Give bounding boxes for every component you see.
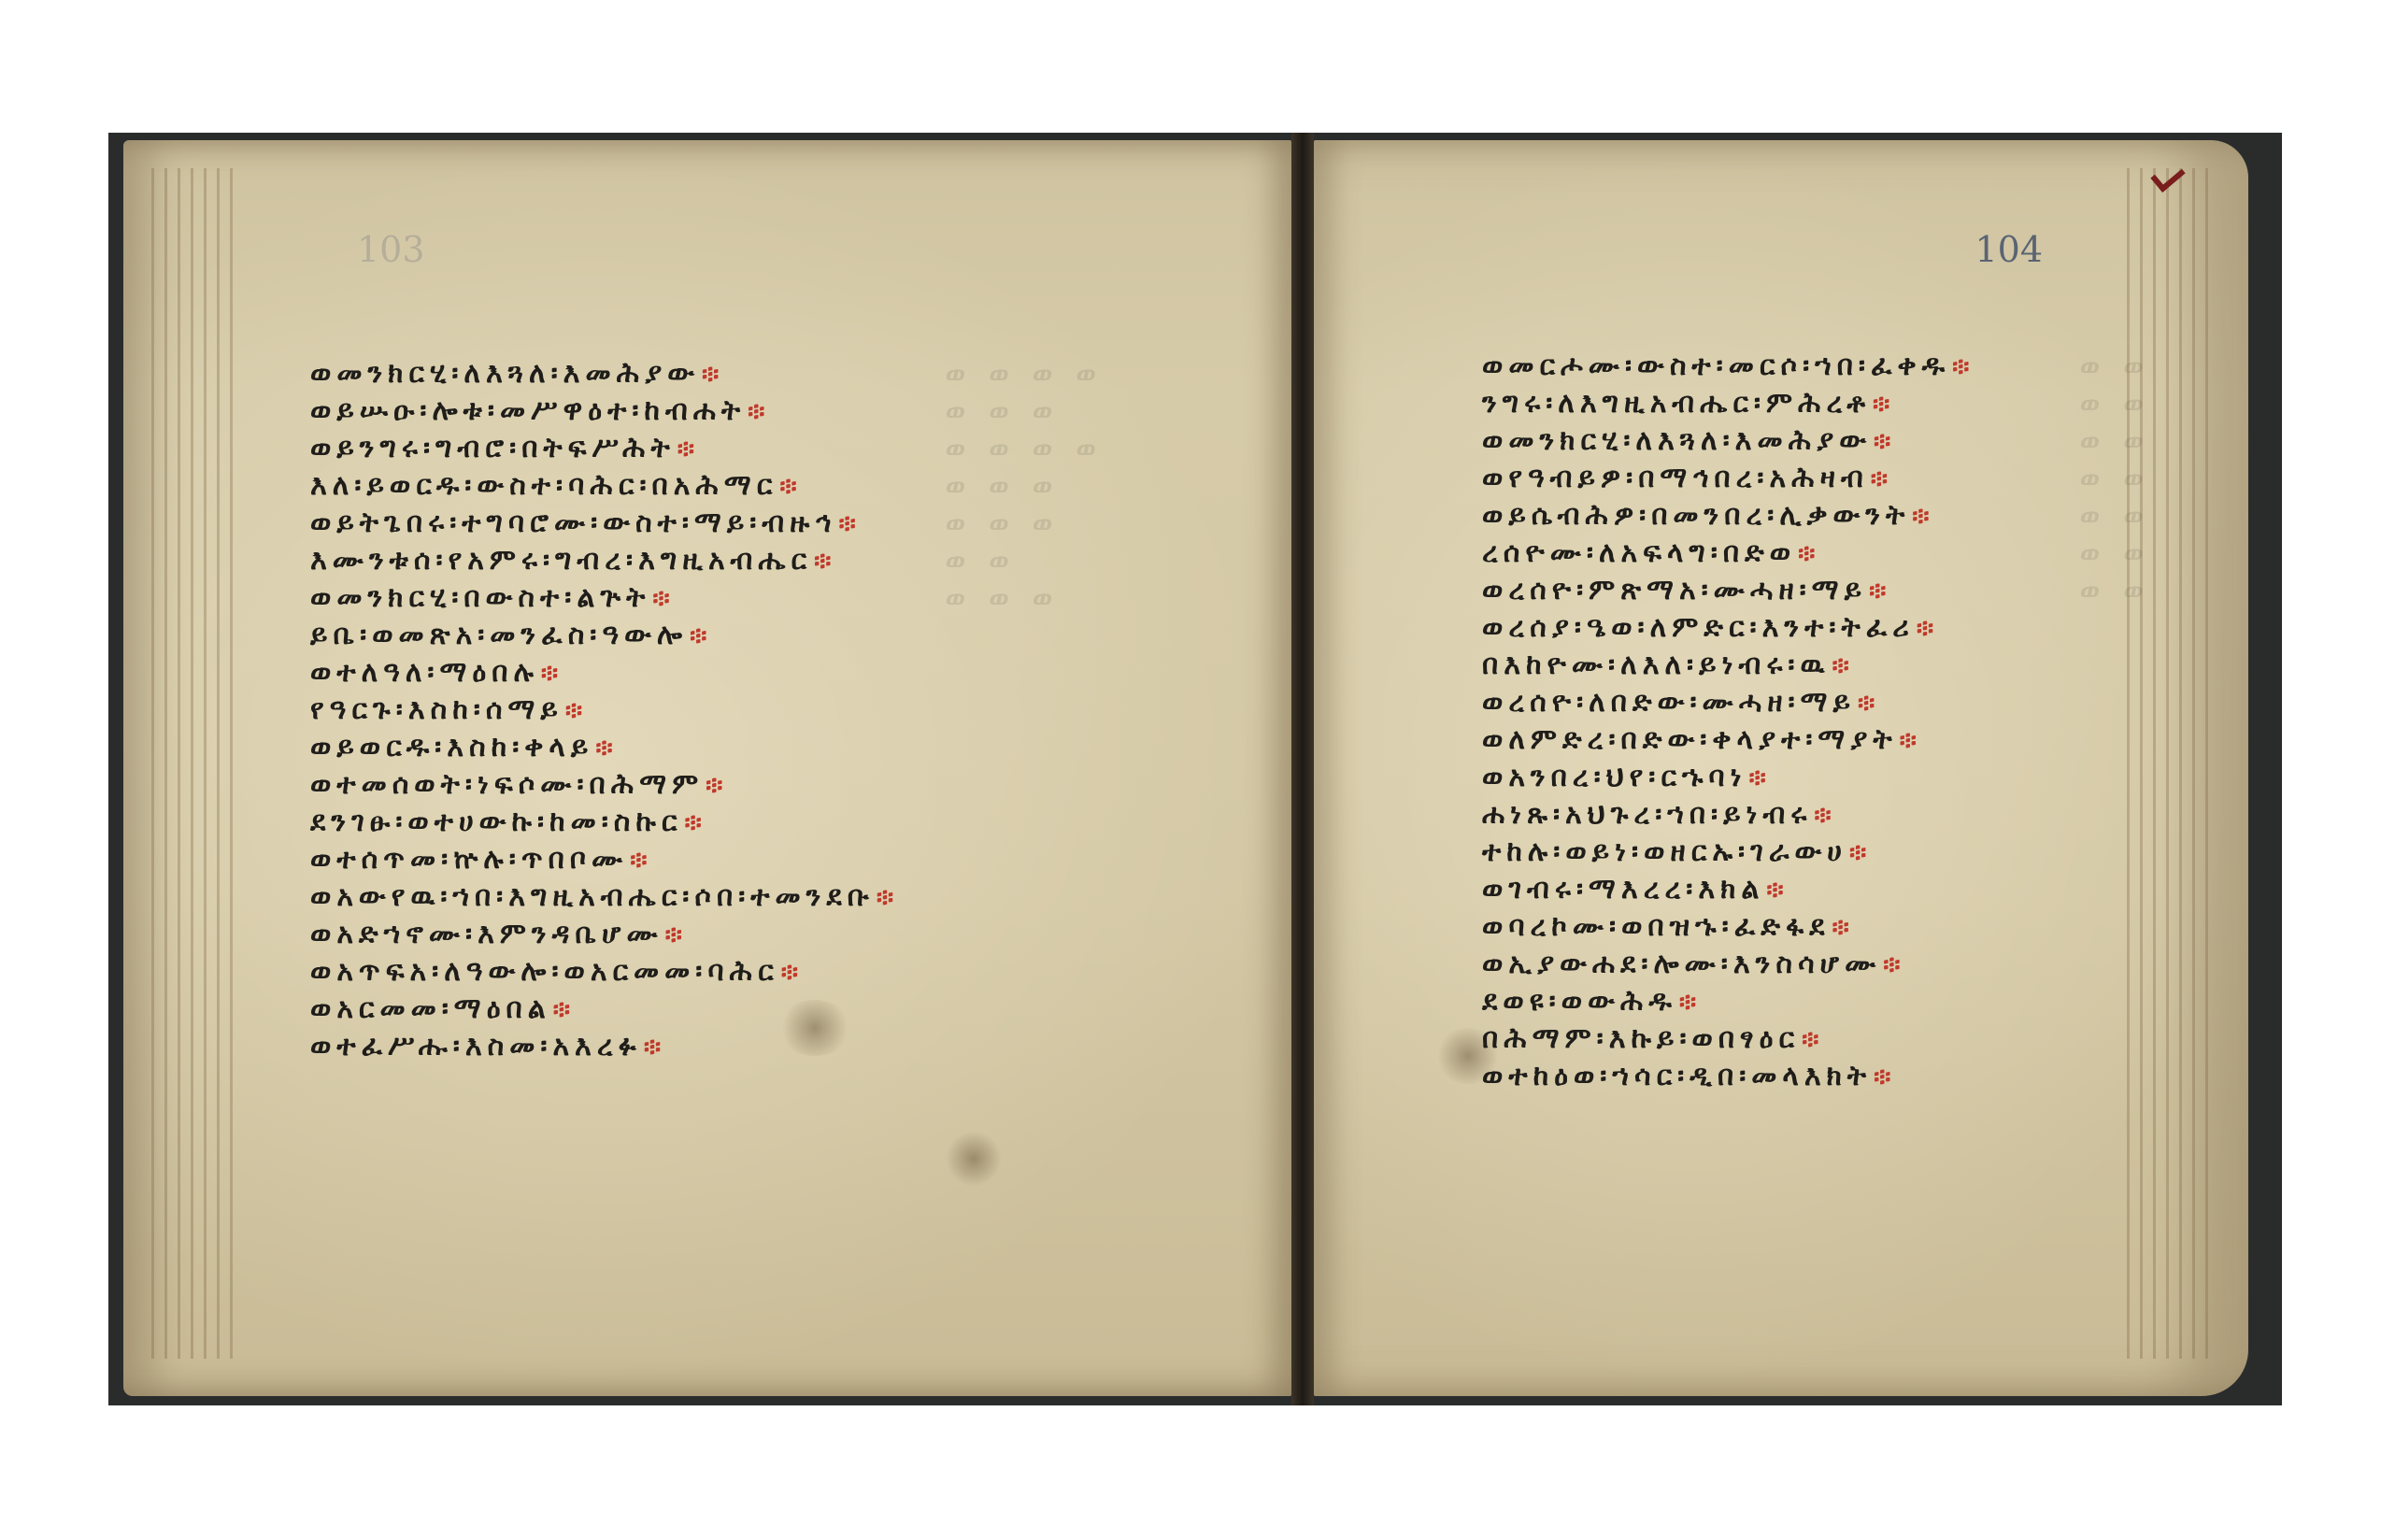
text-line: ንግሩ፡ለእግዚአብሔር፡ምሕረቶ፨: [1482, 385, 1969, 422]
verse-marker-icon: ፨: [779, 473, 796, 501]
text-line: ይቤ፡ወመጽአ፡መንፈስ፡ዓውሎ፨: [310, 617, 893, 654]
verse-marker-icon: ፨: [1869, 577, 1886, 606]
text-line: ወይሴብሕዎ፡በመንበረ፡ሊቃውንት፨: [1482, 497, 1969, 535]
text-line: ወረሰያ፡ዔወ፡ለምድር፡እንተ፡ትፈሪ፨: [1482, 609, 1969, 647]
text-line: ወተመሰወት፡ነፍሶሙ፡በሕማም፨: [310, 766, 893, 804]
verse-marker-icon: ፨: [1749, 764, 1766, 792]
verse-marker-icon: ፨: [1871, 465, 1888, 493]
verse-marker-icon: ፨: [665, 921, 682, 949]
text-line: ወአንበረ፡ህየ፡ርኁባነ፨: [1482, 759, 1969, 796]
text-line: ደንገፁ፡ወተሀውኩ፡ከመ፡ስኩር፨: [310, 804, 893, 841]
text-line: ወየዓብይዎ፡በማኅበረ፡አሕዛብ፨: [1482, 460, 1969, 497]
verse-marker-icon: ፨: [1814, 802, 1831, 830]
stain: [946, 1131, 1002, 1187]
verse-marker-icon: ፨: [1858, 690, 1875, 718]
text-line: ወአውየዉ፡ኀበ፡እግዚአብሔር፡ሶበ፡ተመንደቡ፨: [310, 878, 893, 916]
verse-marker-icon: ፨: [814, 548, 831, 576]
right-folio-number: 104: [1975, 229, 2043, 270]
text-line: እሙንቱሰ፡የአምሩ፡ግብረ፡እግዚአብሔር፨: [310, 542, 893, 579]
verse-marker-icon: ፨: [1952, 353, 1969, 381]
verse-marker-icon: ፨: [1849, 839, 1866, 867]
text-line: ወመርሖሙ፡ውስተ፡መርሶ፡ኀበ፡ፈቀዱ፨: [1482, 348, 1969, 385]
left-page: 103 ወ ወ ወ ወወ ወ ወወ ወ ወ ወወ ወ ወወ ወ ወወ ወወ ወ …: [123, 140, 1291, 1396]
verse-marker-icon: ፨: [1679, 989, 1696, 1017]
manuscript-scan: 103 ወ ወ ወ ወወ ወ ወወ ወ ወ ወወ ወ ወወ ወ ወወ ወወ ወ …: [108, 133, 2282, 1405]
text-line: ተከሉ፡ወይነ፡ወዘርኡ፡ገራውሀ፨: [1482, 834, 1969, 871]
right-page-text: ወመርሖሙ፡ውስተ፡መርሶ፡ኀበ፡ፈቀዱ፨ ንግሩ፡ለእግዚአብሔር፡ምሕረቶ፨…: [1482, 348, 1969, 1095]
text-line: የዓርጉ፡እስከ፡ሰማይ፨: [310, 692, 893, 729]
text-line: ወአርመመ፡ማዕበል፨: [310, 991, 893, 1028]
verse-marker-icon: ፨: [1832, 652, 1849, 680]
text-line: ወተለዓለ፡ማዕበሉ፨: [310, 654, 893, 692]
verse-marker-icon: ፨: [652, 585, 669, 613]
text-line: ወይሡዑ፡ሎቱ፡መሥዋዕተ፡ከብሐት፨: [310, 392, 893, 430]
verse-marker-icon: ፨: [877, 884, 893, 912]
text-line: ወይንግሩ፡ግብሮ፡በትፍሥሕት፨: [310, 430, 893, 467]
verse-marker-icon: ፨: [1912, 503, 1929, 531]
verse-marker-icon: ፨: [1766, 877, 1783, 905]
left-page-fore-edge: [151, 168, 235, 1359]
verse-marker-icon: ፨: [677, 435, 694, 463]
verse-marker-icon: ፨: [1802, 1026, 1818, 1054]
text-line: ወረሰዮ፡ምጽማአ፡ሙሓዘ፡ማይ፨: [1482, 572, 1969, 609]
text-line: ወባረኮሙ፡ወበዝኁ፡ፈድፋደ፨: [1482, 908, 1969, 946]
text-line: ወመንክርሂ፡ለእጓለ፡እመሕያው፨: [1482, 422, 1969, 460]
text-line: ወኢያውሐደ፡ሎሙ፡እንስሳሆሙ፨: [1482, 946, 1969, 983]
verse-marker-icon: ፨: [595, 734, 612, 763]
left-folio-number: 103: [357, 229, 425, 270]
verse-marker-icon: ፨: [1832, 914, 1848, 942]
text-line: ወይወርዱ፡እስከ፡ቀላይ፨: [310, 729, 893, 766]
text-line: ሐነጹ፡አህጉረ፡ኀበ፡ይነብሩ፨: [1482, 796, 1969, 834]
text-line: ወረሰዮ፡ለበድው፡ሙሓዘ፡ማይ፨: [1482, 684, 1969, 721]
verse-marker-icon: ፨: [1917, 615, 1933, 643]
verse-marker-icon: ፨: [1883, 951, 1900, 979]
text-line: ወለምድረ፡በድው፡ቀላያተ፡ማያት፨: [1482, 721, 1969, 759]
text-line: ወተከዕወ፡ኀሳር፡ዲበ፡መላእክት፨: [1482, 1058, 1969, 1095]
text-line: እለ፡ይወርዱ፡ውስተ፡ባሕር፡በአሕማር፨: [310, 467, 893, 505]
verse-marker-icon: ፨: [838, 510, 855, 538]
verse-marker-icon: ፨: [644, 1034, 661, 1062]
verse-marker-icon: ፨: [541, 660, 558, 688]
verse-marker-icon: ፨: [706, 772, 722, 800]
text-line: በሕማም፡እኩይ፡ወበፃዕር፨: [1482, 1020, 1969, 1058]
verse-marker-icon: ፨: [702, 361, 719, 389]
text-line: ረሰዮሙ፡ለአፍላግ፡በድወ፨: [1482, 535, 1969, 572]
verse-marker-icon: ፨: [630, 847, 647, 875]
show-through-text: ወ ወ ወ ወወ ወ ወወ ወ ወ ወወ ወ ወወ ወ ወወ ወወ ወ ወ: [946, 355, 1254, 1047]
left-page-text: ወመንክርሂ፡ለእጓለ፡እመሕያው፨ ወይሡዑ፡ሎቱ፡መሥዋዕተ፡ከብሐት፨ ወ…: [310, 355, 893, 1065]
verse-marker-icon: ፨: [565, 697, 582, 725]
book-gutter: [1291, 133, 1314, 1405]
verse-marker-icon: ፨: [690, 622, 706, 650]
text-line: ወተሰጥመ፡ኵሉ፡ጥበቦሙ፨: [310, 841, 893, 878]
verse-marker-icon: ፨: [1874, 1063, 1890, 1091]
text-line: ወይትጌበሩ፡ተግባሮሙ፡ውስተ፡ማይ፡ብዙኅ፨: [310, 505, 893, 542]
verse-marker-icon: ፨: [781, 959, 798, 987]
verse-marker-icon: ፨: [553, 996, 570, 1024]
verse-marker-icon: ፨: [1798, 540, 1815, 568]
show-through-text: ወ ወወ ወወ ወወ ወወ ወወ ወወ ወ: [2080, 348, 2220, 1002]
text-line: ወአጥፍአ፡ለዓውሎ፡ወአርመመ፡ባሕር፨: [310, 953, 893, 991]
text-line: ወአድኀኖሙ፡እምንዳቤሆሙ፨: [310, 916, 893, 953]
text-line: በእከዮሙ፡ለእለ፡ይነብሩ፡ዉ፨: [1482, 647, 1969, 684]
text-line: ወተፈሥሑ፡እስመ፡አእረፉ፨: [310, 1028, 893, 1065]
verse-marker-icon: ፨: [1874, 428, 1890, 456]
text-line: ወመንክርሂ፡ለእጓለ፡እመሕያው፨: [310, 355, 893, 392]
text-line: ወገብሩ፡ማእረረ፡እክል፨: [1482, 871, 1969, 908]
text-line: ደወዩ፡ወውሕዱ፨: [1482, 983, 1969, 1020]
verse-marker-icon: ፨: [1900, 727, 1917, 755]
right-page: 104 ወ ወወ ወወ ወወ ወወ ወወ ወወ ወ ወመርሖሙ፡ውስተ፡መርሶ፡…: [1314, 140, 2248, 1396]
verse-marker-icon: ፨: [748, 398, 764, 426]
verse-marker-icon: ፨: [1873, 391, 1889, 419]
text-line: ወመንክርሂ፡በውስተ፡ልጕት፨: [310, 579, 893, 617]
verse-marker-icon: ፨: [684, 809, 701, 837]
